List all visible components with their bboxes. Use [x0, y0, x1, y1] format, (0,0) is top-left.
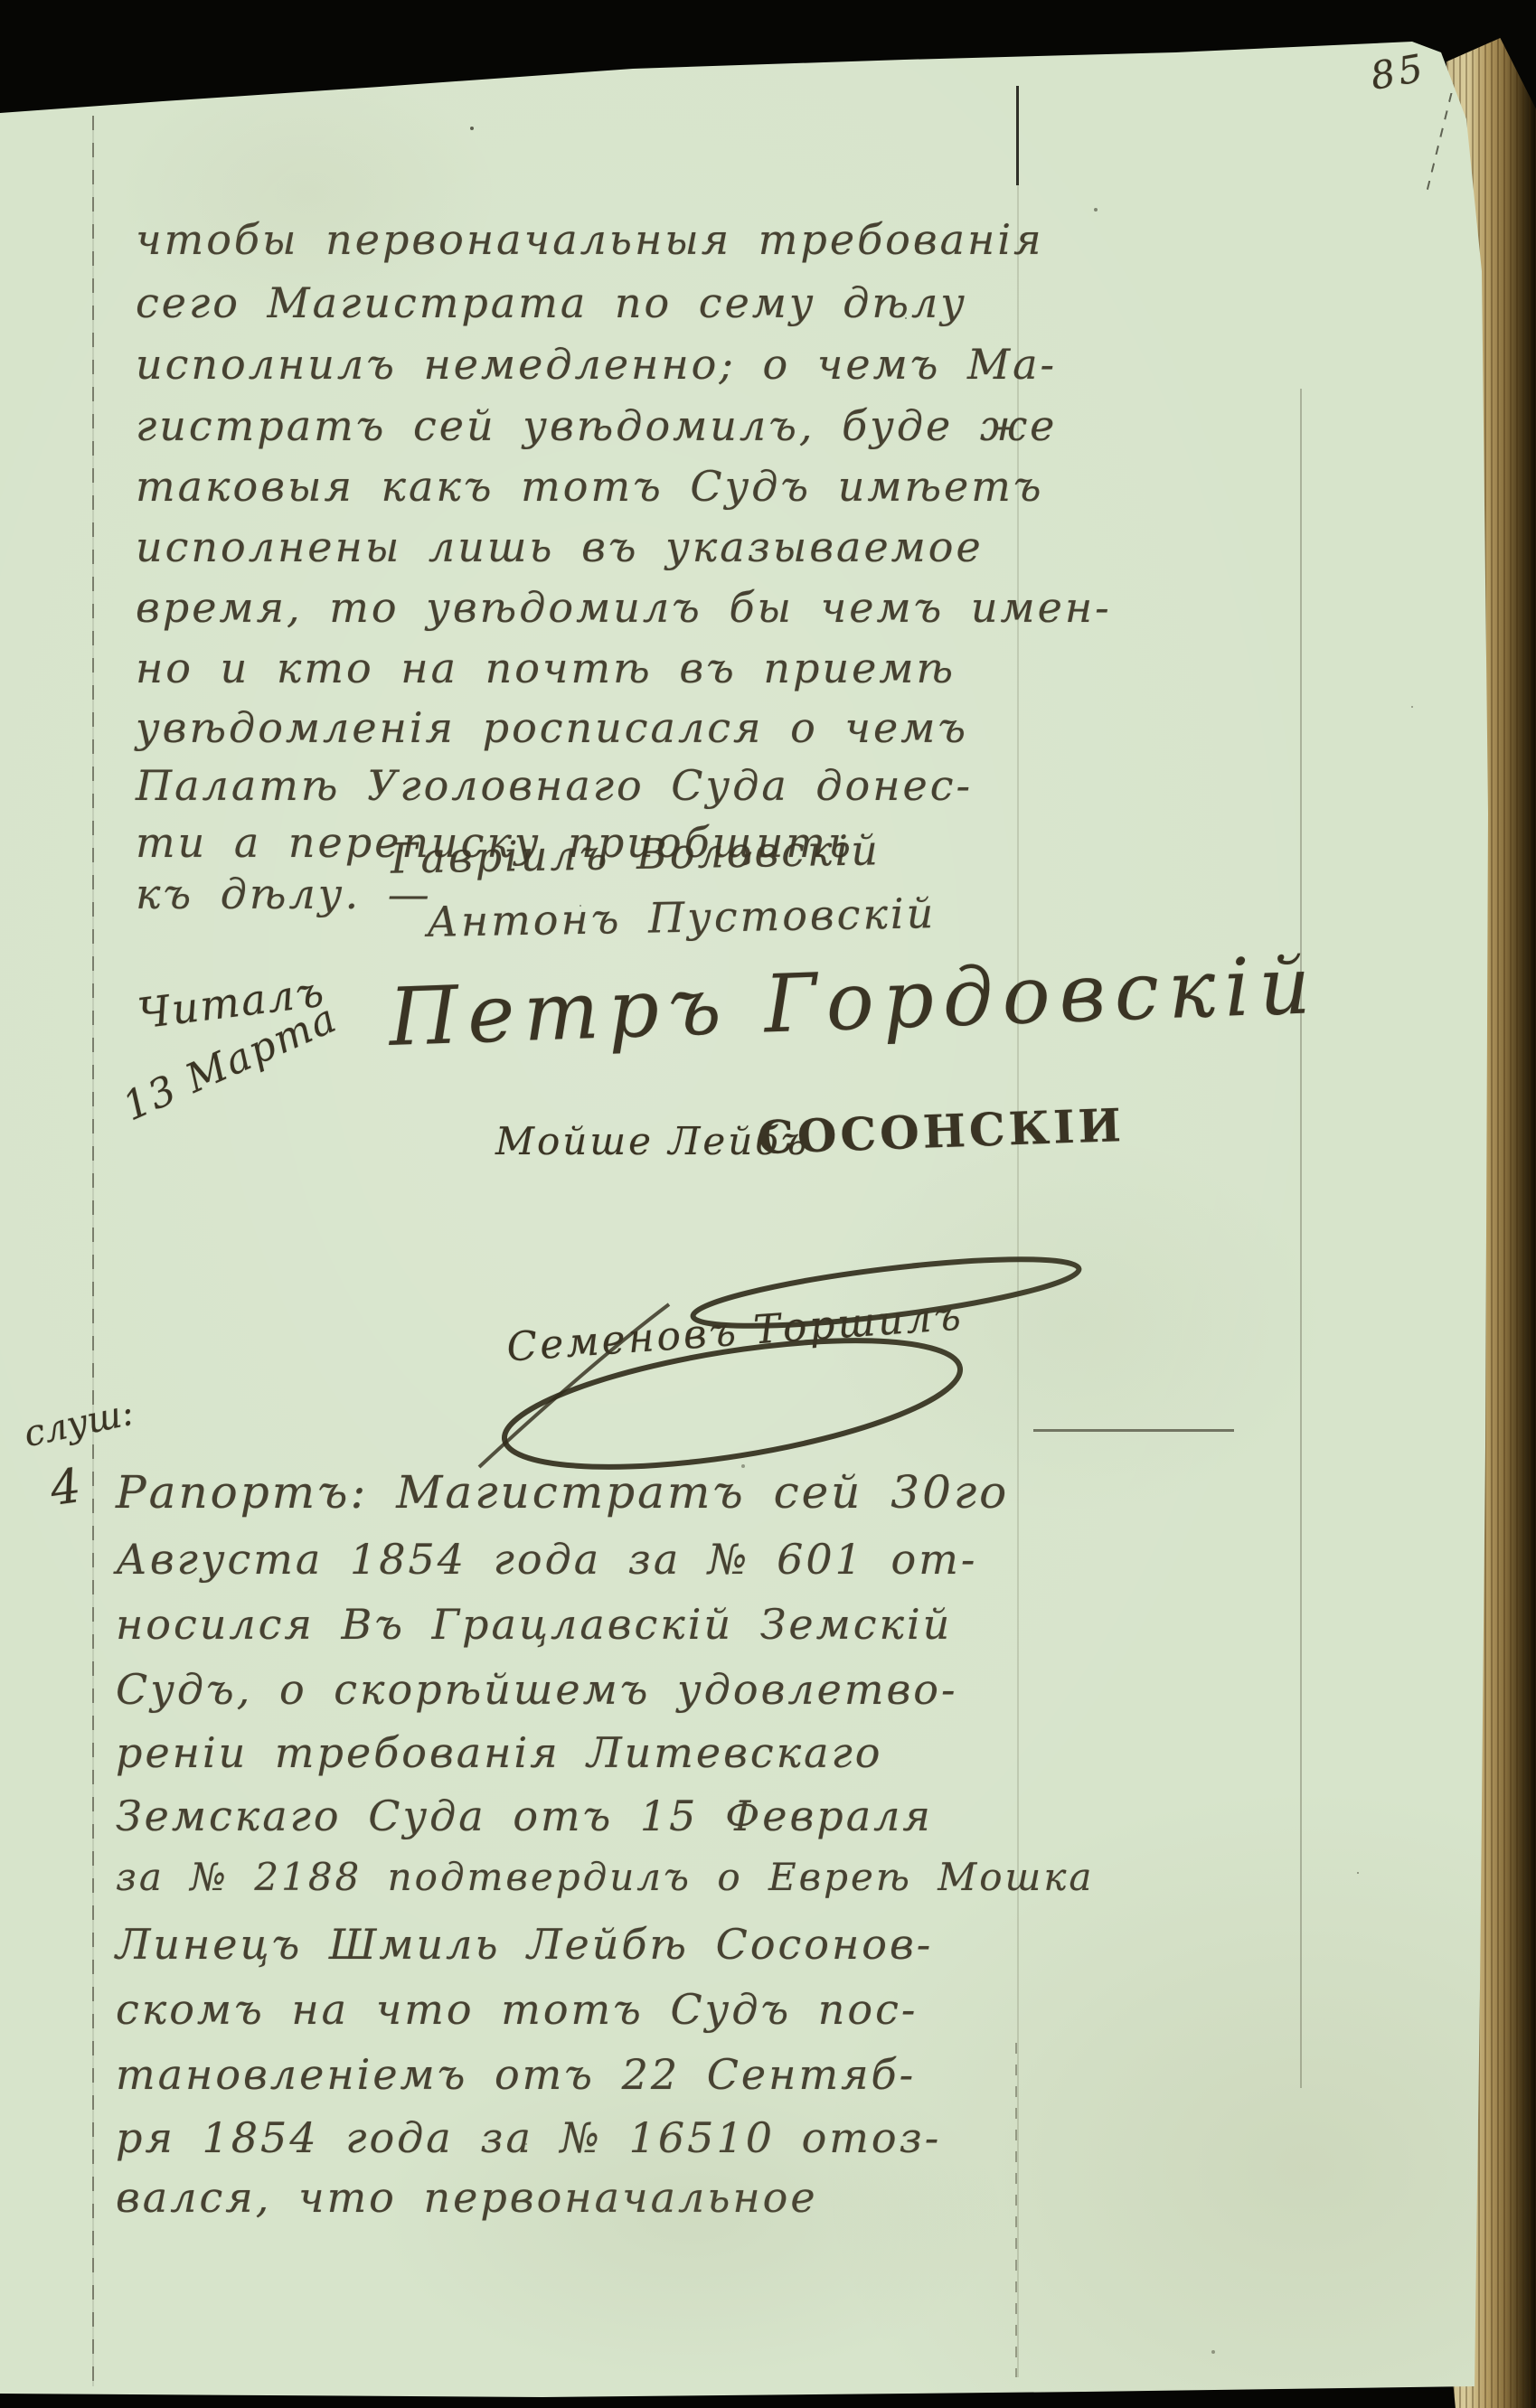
manuscript-line: Рапортъ: Магистратъ сей 30го — [116, 1466, 1009, 1519]
manuscript-line: за № 2188 подтвердилъ о Евреѣ Мошка — [116, 1855, 1094, 1899]
right-rule-line — [1300, 389, 1302, 2088]
manuscript-line: таковыя какъ тотъ Судъ имѣетъ — [136, 462, 1044, 511]
manuscript-line: время, то увѣдомилъ бы чемъ имен- — [136, 583, 1112, 632]
scanned-book-photo: 85 чтобы первоначальныя требованія сего … — [0, 0, 1536, 2408]
signature-party-name: Мойше Лейбъ — [495, 1119, 809, 1163]
manuscript-page: 85 чтобы первоначальныя требованія сего … — [0, 0, 1536, 2408]
manuscript-line: скомъ на что тотъ Судъ пос- — [116, 1985, 918, 2034]
manuscript-line: Линецъ Шмиль Лейбѣ Сосонов- — [116, 1920, 933, 1969]
manuscript-line: гистратъ сей увѣдомилъ, буде же — [136, 401, 1057, 450]
manuscript-line: сего Магистрата по сему дѣлу — [136, 278, 967, 327]
manuscript-line: увѣдомленія росписался о чемъ — [136, 703, 968, 752]
margin-rule-line — [92, 116, 94, 2386]
manuscript-line: Палатѣ Уголовнаго Суда донес- — [136, 761, 973, 810]
manuscript-line: но и кто на почтѣ въ приемѣ — [136, 644, 956, 692]
signature-member-2: Антонъ Пустовскiй — [427, 889, 937, 946]
read-note-date: 13 Марта — [117, 995, 344, 1131]
manuscript-line: Земскаго Суда отъ 15 Февраля — [116, 1792, 933, 1840]
page-number: 85 — [1367, 45, 1429, 99]
crease-line — [1017, 181, 1019, 2377]
manuscript-line: исполнилъ немедленно; о чемъ Ма- — [136, 340, 1057, 389]
crease-line-top — [1016, 86, 1019, 185]
signature-party-surname: СОСОНСКІИ — [757, 1098, 1126, 1164]
margin-entry-word: слуш: — [21, 1392, 137, 1455]
paper-specks — [470, 127, 474, 130]
manuscript-line: реніи требованія Литевскаго — [116, 1728, 883, 1777]
manuscript-line: ти а переписку приобщить — [136, 818, 853, 867]
margin-entry-number: 4 — [47, 1459, 84, 1517]
manuscript-line: исполнены лишь въ указываемое — [136, 522, 984, 571]
manuscript-line: Судъ, о скорѣйшемъ удовлетво- — [116, 1665, 958, 1714]
manuscript-line: къ дѣлу. — — [136, 870, 432, 918]
signature-member-1: Гаврiилъ Воловскiй — [391, 825, 881, 882]
read-note: Читалъ — [135, 967, 327, 1039]
manuscript-line: тановленіемъ отъ 22 Сентяб- — [116, 2050, 916, 2099]
manuscript-line: чтобы первоначальныя требованія — [136, 215, 1044, 264]
signature-flourish — [344, 1237, 1157, 1490]
signature-secretary: Семеновъ Торшилъ — [505, 1293, 965, 1370]
signature-presiding: Петръ Гордовскiй — [388, 938, 1321, 1064]
manuscript-line: вался, что первоначальное — [116, 2173, 818, 2222]
crease-line-bottom — [1015, 2043, 1017, 2377]
manuscript-line: носился Въ Грацлавскій Земскій — [116, 1600, 952, 1649]
entry-separator-dash — [1033, 1429, 1234, 1432]
manuscript-line: Августа 1854 года за № 601 от- — [116, 1535, 977, 1584]
manuscript-line: ря 1854 года за № 16510 отоз- — [116, 2113, 941, 2162]
